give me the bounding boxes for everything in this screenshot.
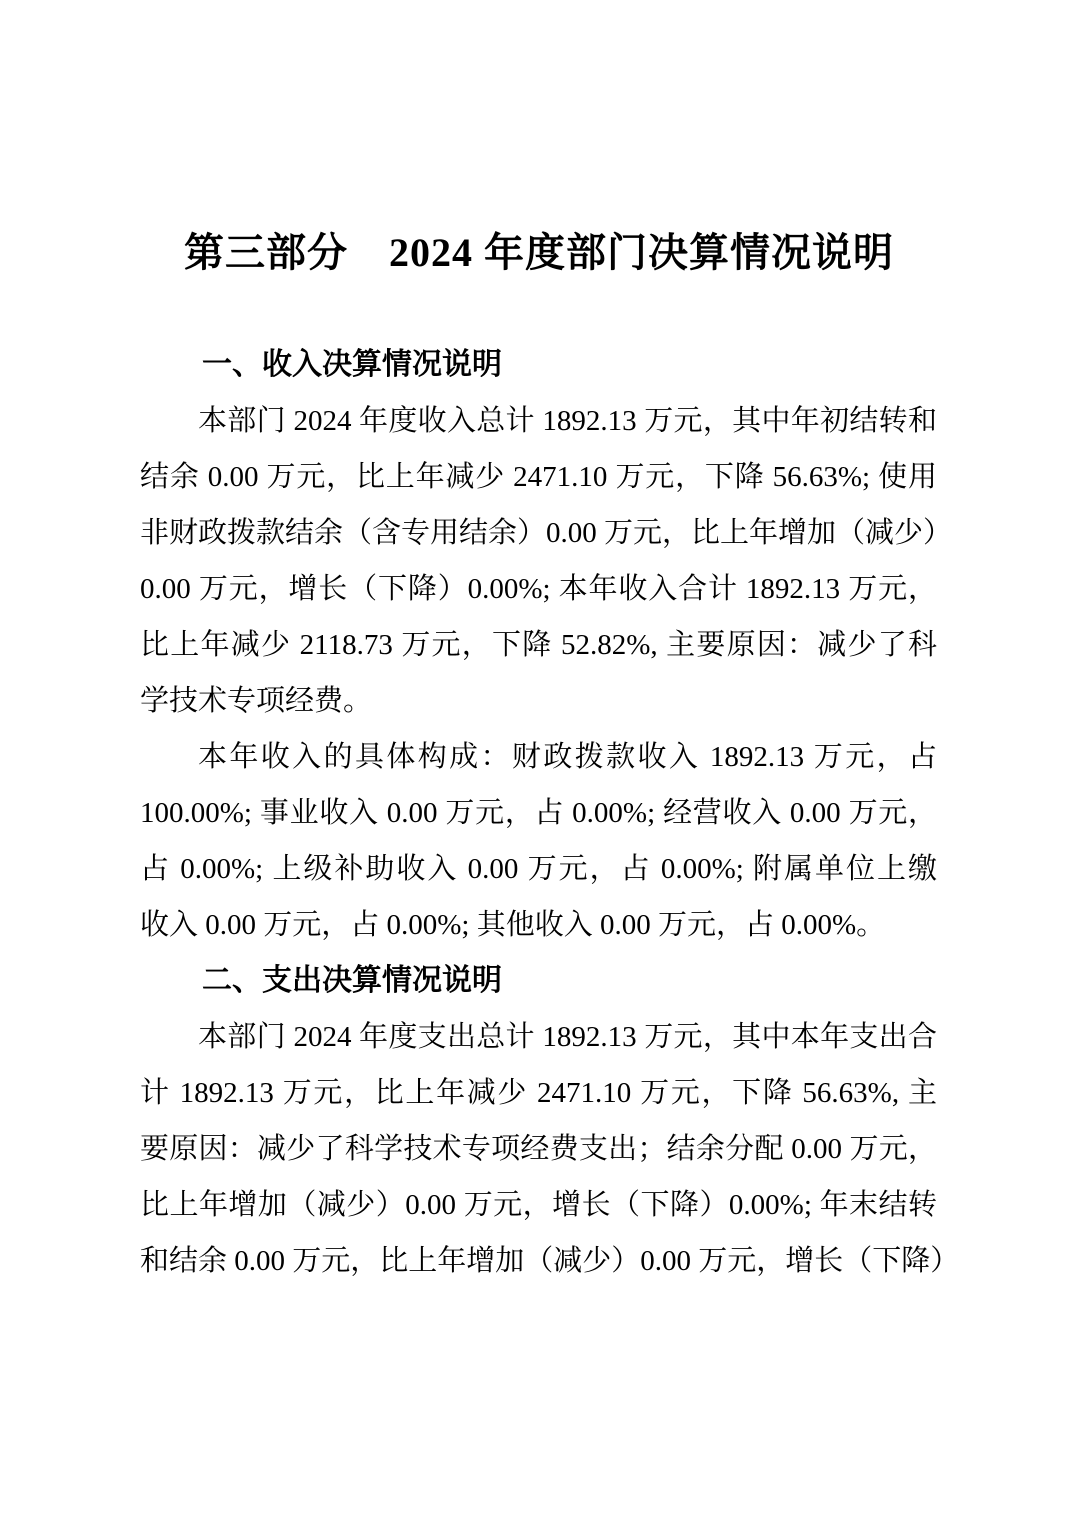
body-line: 结余 0.00 万元，比上年减少 2471.10 万元，下降 56.63%; 使… <box>140 449 937 505</box>
body-line: 100.00%; 事业收入 0.00 万元，占 0.00%; 经营收入 0.00… <box>140 785 937 841</box>
body-line: 比上年增加（减少）0.00 万元，增长（下降）0.00%; 年末结转 <box>140 1177 937 1233</box>
document-page: 第三部分 2024 年度部门决算情况说明 一、收入决算情况说明 本部门 2024… <box>0 0 1074 1520</box>
body-line: 非财政拨款结余（含专用结余）0.00 万元，比上年增加（减少） <box>140 505 937 561</box>
body-line: 学技术专项经费。 <box>140 673 937 729</box>
body-line: 比上年减少 2118.73 万元，下降 52.82%, 主要原因：减少了科 <box>140 617 937 673</box>
body-line: 和结余 0.00 万元，比上年增加（减少）0.00 万元，增长（下降） <box>140 1233 937 1289</box>
body-line: 计 1892.13 万元，比上年减少 2471.10 万元，下降 56.63%,… <box>140 1065 937 1121</box>
body-line: 本部门 2024 年度收入总计 1892.13 万元，其中年初结转和 <box>140 393 937 449</box>
body-line: 占 0.00%; 上级补助收入 0.00 万元，占 0.00%; 附属单位上缴 <box>140 841 937 897</box>
document-body: 一、收入决算情况说明 本部门 2024 年度收入总计 1892.13 万元，其中… <box>0 337 1074 1289</box>
page-title: 第三部分 2024 年度部门决算情况说明 <box>0 0 1074 286</box>
paragraph-expenditure-summary: 本部门 2024 年度支出总计 1892.13 万元，其中本年支出合 计 189… <box>140 1009 937 1289</box>
paragraph-income-summary: 本部门 2024 年度收入总计 1892.13 万元，其中年初结转和 结余 0.… <box>140 393 937 729</box>
section-income-heading: 一、收入决算情况说明 <box>140 337 937 393</box>
body-line: 收入 0.00 万元，占 0.00%; 其他收入 0.00 万元，占 0.00%… <box>140 897 937 953</box>
body-line: 要原因：减少了科学技术专项经费支出；结余分配 0.00 万元， <box>140 1121 937 1177</box>
body-line: 本年收入的具体构成：财政拨款收入 1892.13 万元，占 <box>140 729 937 785</box>
body-line: 0.00 万元，增长（下降）0.00%; 本年收入合计 1892.13 万元， <box>140 561 937 617</box>
paragraph-income-composition: 本年收入的具体构成：财政拨款收入 1892.13 万元，占 100.00%; 事… <box>140 729 937 953</box>
body-line: 本部门 2024 年度支出总计 1892.13 万元，其中本年支出合 <box>140 1009 937 1065</box>
section-expenditure-heading: 二、支出决算情况说明 <box>140 953 937 1009</box>
